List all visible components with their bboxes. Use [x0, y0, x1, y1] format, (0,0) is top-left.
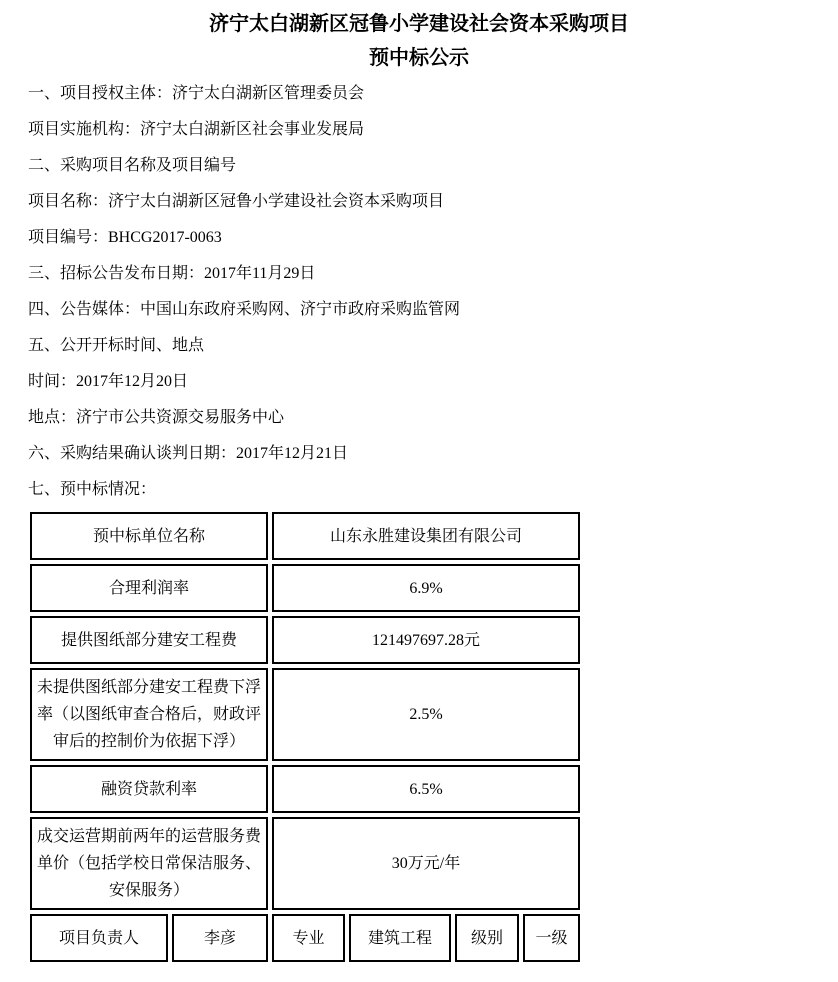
document-title: 济宁太白湖新区冠鲁小学建设社会资本采购项目	[28, 12, 810, 36]
table-row-winning-bidder: 预中标单位名称 山东永胜建设集团有限公司	[30, 512, 580, 560]
table-label-cell: 合理利润率	[30, 564, 268, 612]
paragraph-section5-heading: 五、公开开标时间、地点	[28, 328, 810, 364]
paragraph-project-name: 项目名称：济宁太白湖新区冠鲁小学建设社会资本采购项目	[28, 184, 810, 220]
table-row-profit-rate: 合理利润率 6.9%	[30, 564, 580, 612]
paragraph-section2-heading: 二、采购项目名称及项目编号	[28, 148, 810, 184]
table-row-project-manager: 项目负责人 李彦 专业 建筑工程 级别 一级	[30, 914, 580, 962]
paragraph-announcement-media: 四、公告媒体：中国山东政府采购网、济宁市政府采购监管网	[28, 292, 810, 328]
table-value-cell: 121497697.28元	[272, 616, 580, 664]
table-label-cell: 专业	[272, 914, 345, 962]
table-row-construction-cost: 提供图纸部分建安工程费 121497697.28元	[30, 616, 580, 664]
paragraph-section7-heading: 七、预中标情况：	[28, 472, 810, 508]
table-value-cell: 2.5%	[272, 668, 580, 761]
table-row-operation-fee: 成交运营期前两年的运营服务费单价（包括学校日常保洁服务、安保服务） 30万元/年	[30, 817, 580, 910]
table-value-cell: 6.5%	[272, 765, 580, 813]
table-value-cell: 6.9%	[272, 564, 580, 612]
table-value-cell: 30万元/年	[272, 817, 580, 910]
bid-result-table: 预中标单位名称 山东永胜建设集团有限公司 合理利润率 6.9% 提供图纸部分建安…	[26, 508, 584, 966]
document-page: 济宁太白湖新区冠鲁小学建设社会资本采购项目 预中标公示 一、项目授权主体：济宁太…	[0, 0, 838, 982]
table-label-cell: 提供图纸部分建安工程费	[30, 616, 268, 664]
paragraph-announcement-date: 三、招标公告发布日期：2017年11月29日	[28, 256, 810, 292]
table-row-discount-rate: 未提供图纸部分建安工程费下浮率（以图纸审查合格后，财政评审后的控制价为依据下浮）…	[30, 668, 580, 761]
paragraph-bid-opening-time: 时间：2017年12月20日	[28, 364, 810, 400]
paragraph-implementing-agency: 项目实施机构：济宁太白湖新区社会事业发展局	[28, 112, 810, 148]
table-value-cell: 建筑工程	[349, 914, 451, 962]
table-value-cell: 李彦	[172, 914, 268, 962]
table-value-cell: 一级	[523, 914, 580, 962]
paragraph-confirmation-date: 六、采购结果确认谈判日期：2017年12月21日	[28, 436, 810, 472]
document-body: 一、项目授权主体：济宁太白湖新区管理委员会 项目实施机构：济宁太白湖新区社会事业…	[28, 76, 810, 508]
table-label-cell: 项目负责人	[30, 914, 168, 962]
table-label-cell: 级别	[455, 914, 519, 962]
table-label-cell: 未提供图纸部分建安工程费下浮率（以图纸审查合格后，财政评审后的控制价为依据下浮）	[30, 668, 268, 761]
table-row-loan-rate: 融资贷款利率 6.5%	[30, 765, 580, 813]
paragraph-authorizing-entity: 一、项目授权主体：济宁太白湖新区管理委员会	[28, 76, 810, 112]
table-value-cell: 山东永胜建设集团有限公司	[272, 512, 580, 560]
table-label-cell: 预中标单位名称	[30, 512, 268, 560]
paragraph-project-number: 项目编号：BHCG2017-0063	[28, 220, 810, 256]
paragraph-bid-opening-location: 地点：济宁市公共资源交易服务中心	[28, 400, 810, 436]
table-label-cell: 成交运营期前两年的运营服务费单价（包括学校日常保洁服务、安保服务）	[30, 817, 268, 910]
document-subtitle: 预中标公示	[28, 46, 810, 70]
table-label-cell: 融资贷款利率	[30, 765, 268, 813]
